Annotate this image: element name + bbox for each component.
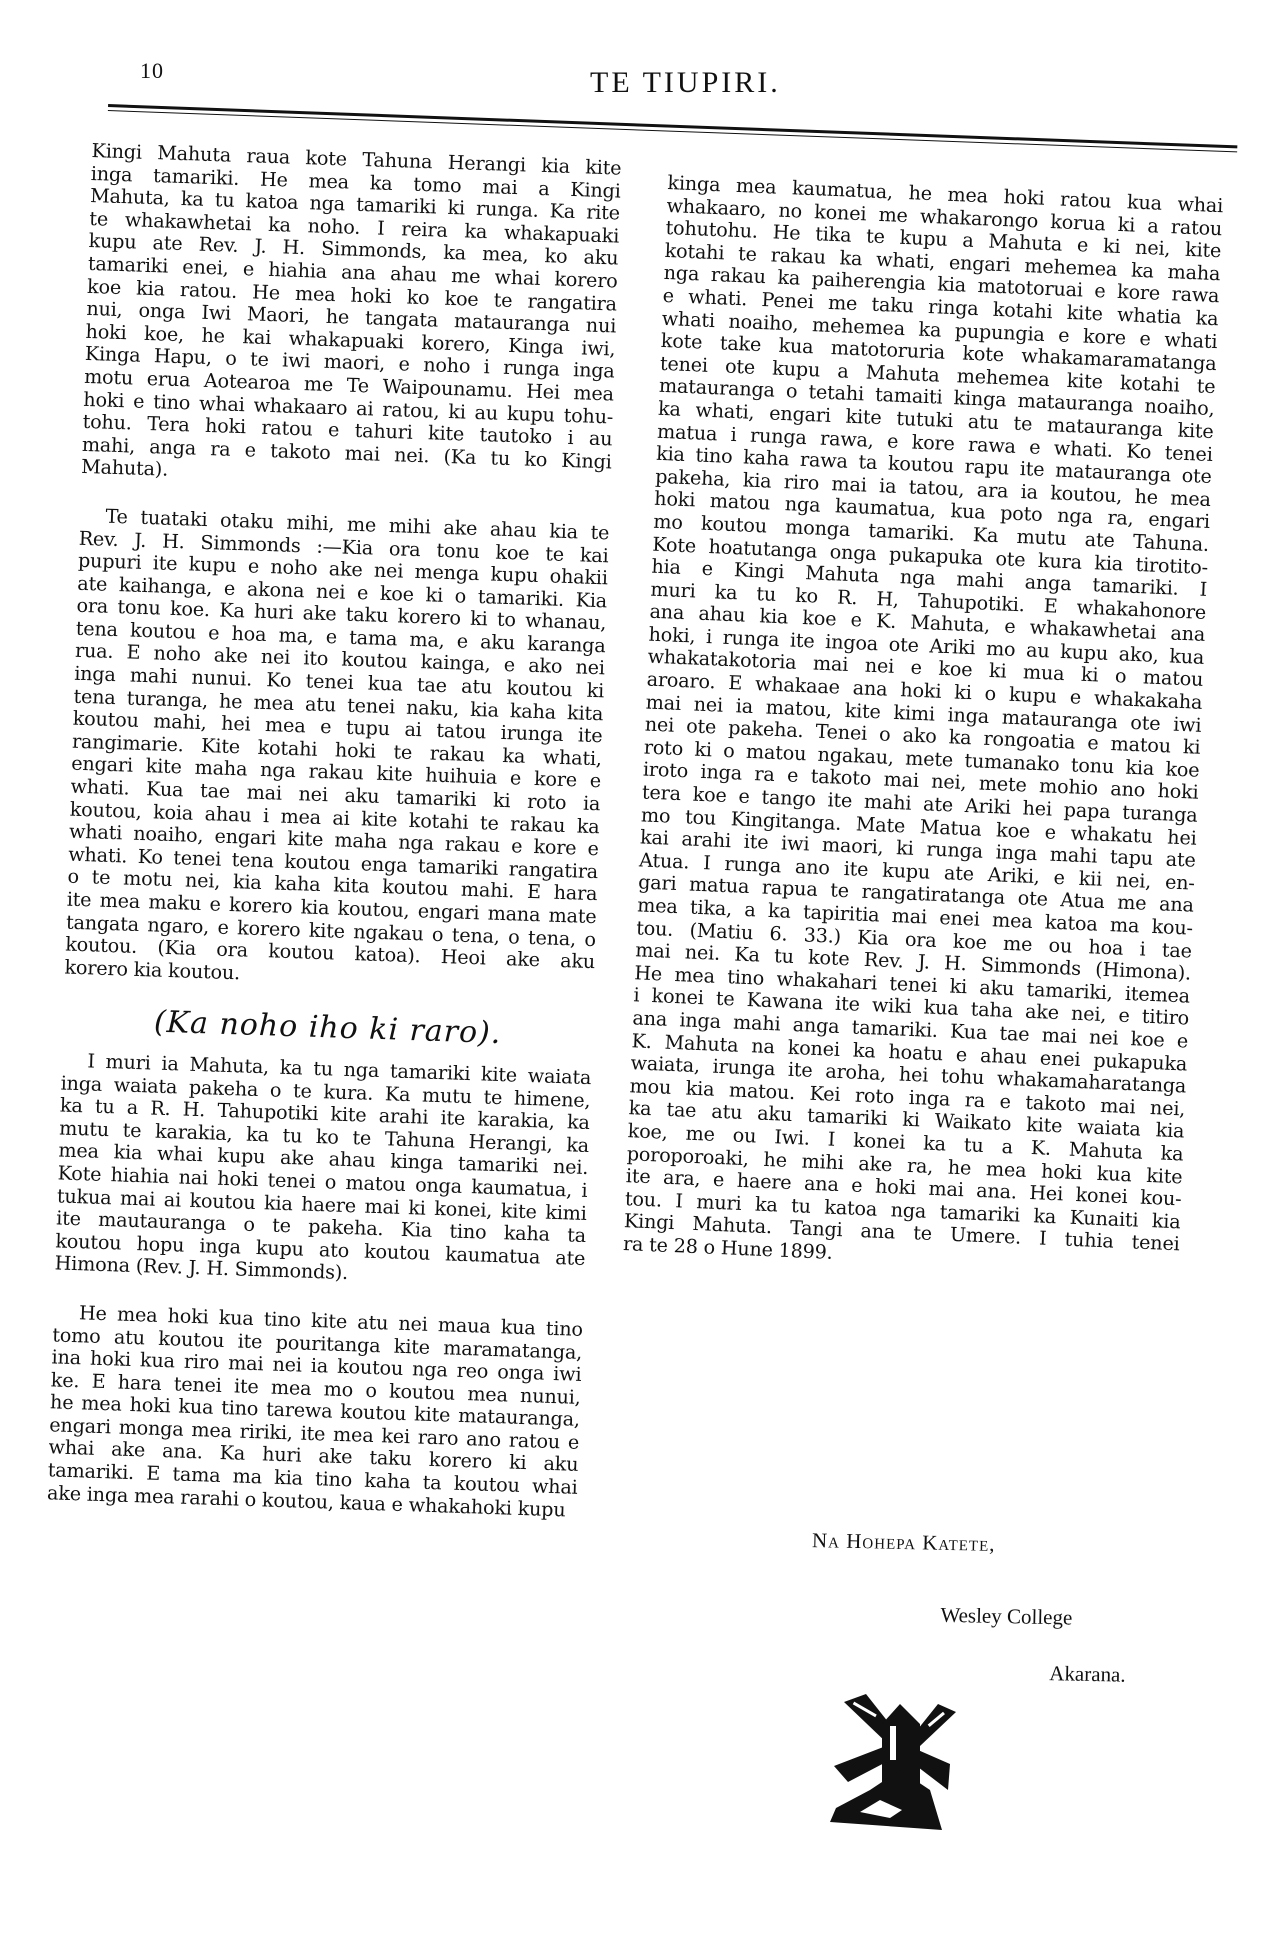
page-title: TE TIUPIRI. xyxy=(590,66,781,100)
paragraph-continued: kinga mea kaumatua, he mea hoki ratou ku… xyxy=(623,172,1224,1279)
paragraph-3: I muri ia Mahuta, ka tu nga tamariki kit… xyxy=(54,1049,591,1292)
paragraph-1: Kingi Mahuta raua kote Tahuna Herangi ki… xyxy=(81,140,622,496)
section-heading: (Ka noho iho ki raro). xyxy=(62,1009,592,1049)
windmill-icon xyxy=(830,1690,970,1840)
paragraph-2: Te tuataki otaku mihi, me mihi ake ahau … xyxy=(64,505,609,997)
author-college: Wesley College xyxy=(940,1603,1072,1631)
author-name: Na Hohepa Katete, xyxy=(812,1528,996,1557)
left-column: Kingi Mahuta raua kote Tahuna Herangi ki… xyxy=(47,140,622,1522)
paragraph-4: He mea hoki kua tino kite atu nei maua k… xyxy=(47,1301,583,1522)
author-place: Akarana. xyxy=(1049,1661,1126,1688)
right-column: kinga mea kaumatua, he mea hoki ratou ku… xyxy=(623,172,1224,1279)
page-number: 10 xyxy=(140,58,164,84)
signature-block: Na Hohepa Katete, Wesley College Akarana… xyxy=(812,1528,996,1557)
